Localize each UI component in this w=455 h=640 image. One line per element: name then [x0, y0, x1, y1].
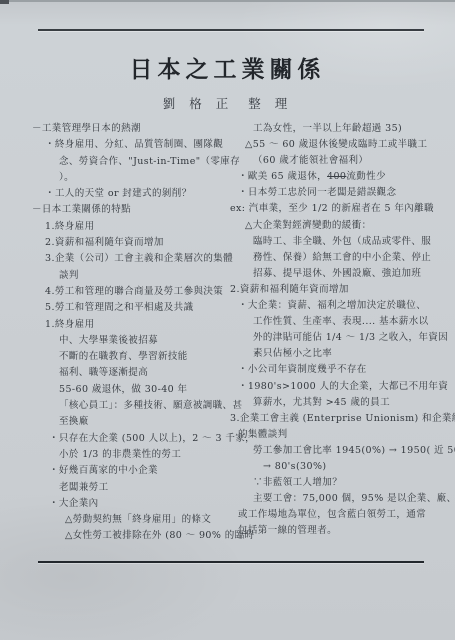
text-line: －工業管理學日本的熱潮 [30, 121, 230, 137]
text-line: 「核心員工」：多種技術、願意被調職、甚 [30, 398, 230, 414]
text-line: ）。 [30, 170, 230, 186]
text-line: 中、大學畢業後被招募 [30, 333, 230, 349]
text-line: 念、勞資合作、"Just-in-Time"（零庫存 [30, 154, 230, 170]
text-line: （60 歲才能領社會福利） [230, 153, 430, 169]
scanned-document-page: 日本之工業關係 劉 格 正整 理 －工業管理學日本的熱潮 ・終身雇用、分紅、品質… [0, 0, 455, 640]
text-line: 外的津貼可能佔 1/4 ～ 1/3 之收入，年資因 [230, 330, 430, 346]
author-label: 整 理 [248, 96, 292, 111]
text-line: ex: 汽車業，至少 1/2 的新雇者在 5 年內離職 [230, 201, 430, 217]
struck-out-text: 400 [327, 171, 346, 182]
text-line: 小於 1/3 的非農業性的勞工 [30, 447, 230, 463]
text-line: 3.企業（公司）工會主義和企業層次的集體 [30, 251, 230, 267]
text-line: －日本工業關係的特點 [30, 202, 230, 218]
text-line: ・大企業內 [30, 496, 230, 512]
text-line: 務性、保養）給無工會的中小企業、停止 [230, 250, 430, 266]
text-line: ・終身雇用、分紅、品質管制圈、團隊觀 [30, 137, 230, 153]
scan-top-edge [0, 0, 455, 2]
text-line: → 80's(30%) [230, 459, 430, 475]
text-line: 談判 [30, 268, 230, 284]
strike-after: 流動性少 [346, 171, 386, 182]
strike-before: ・歐美 65 歲退休， [238, 171, 327, 182]
text-line: 或工作場地為單位，包含藍白領勞工，通常 [230, 507, 430, 523]
text-line: 素只佔極小之比率 [230, 346, 430, 362]
text-line: 1.終身雇用 [30, 317, 230, 333]
scan-corner-mark [0, 0, 9, 4]
text-line: 不斷的在職教育、學習新技能 [30, 349, 230, 365]
text-line: 招募、提早退休、外國設廠、強迫加班 [230, 266, 430, 282]
text-line: ∵非藍領工人增加？ [230, 475, 430, 491]
text-line: △55 ～ 60 歲退休後變成臨時工或半職工 [230, 137, 430, 153]
text-line: 1.終身雇用 [30, 219, 230, 235]
text-line: 55-60 歲退休，做 30-40 年 [30, 382, 230, 398]
body-columns: －工業管理學日本的熱潮 ・終身雇用、分紅、品質管制圈、團隊觀 念、勞資合作、"J… [30, 121, 430, 545]
text-line: 工作性質、生產率、表現.... 基本薪水以 [230, 314, 430, 330]
text-line: △女性勞工被排除在外 (80 ～ 90% 的臨時 [30, 528, 230, 544]
text-line: △勞動契約無「終身雇用」的條文 [30, 512, 230, 528]
text-line: ・好幾百萬家的中小企業 [30, 463, 230, 479]
author-name: 劉 格 正 [163, 96, 233, 111]
left-column: －工業管理學日本的熱潮 ・終身雇用、分紅、品質管制圈、團隊觀 念、勞資合作、"J… [30, 121, 230, 545]
text-line: 主要工會：75,000 個，95% 是以企業、廠、 [230, 491, 430, 507]
text-line: △大企業對經濟變動的緩衝： [230, 218, 430, 234]
text-line: 老闆兼勞工 [30, 480, 230, 496]
header-rule [38, 29, 424, 31]
text-line: 勞工參加工會比率 1945(0%) → 1950( 近 50%) [230, 443, 430, 459]
text-line: 算薪水，尤其對 >45 歲的員工 [230, 395, 430, 411]
text-line: ・1980's>1000 人的大企業，大都已不用年資 [230, 379, 430, 395]
text-line: 4.勞工和管理的聯合商量及勞工參與決策 [30, 284, 230, 300]
text-line: 臨時工、非全職、外包（成品或零件、服 [230, 234, 430, 250]
text-line-with-strikethrough: ・歐美 65 歲退休，400流動性少 [230, 169, 430, 185]
text-line: ・工人的天堂 or 封建式的剝削？ [30, 186, 230, 202]
text-line: 2.資薪和福利隨年資而增加 [30, 235, 230, 251]
author-line: 劉 格 正整 理 [0, 94, 455, 112]
text-line: ・大企業：資薪、福利之增加決定於職位、 [230, 298, 430, 314]
text-line: 2.資薪和福利隨年資而增加 [230, 282, 430, 298]
text-line: 福利、職等逐漸提高 [30, 365, 230, 381]
text-line: 至換廠 [30, 414, 230, 430]
text-line: 工為女性，一半以上年齡超過 35) [230, 121, 430, 137]
text-line: 3.企業工會主義 (Enterprise Unionism) 和企業級 [230, 411, 430, 427]
text-line: 5.勞工和管理間之和平相處及共識 [30, 300, 230, 316]
document-title: 日本之工業關係 [0, 51, 455, 84]
text-line: ・日本勞工忠於同一老闆是錯誤觀念 [230, 185, 430, 201]
text-line: ・小公司年資制度幾乎不存在 [230, 362, 430, 378]
footer-rule [38, 561, 424, 563]
right-column: 工為女性，一半以上年齡超過 35) △55 ～ 60 歲退休後變成臨時工或半職工… [230, 121, 430, 545]
text-line: ・只存在大企業 (500 人以上)，2 ～ 3 千家， [30, 431, 230, 447]
text-line: 包括第一線的管理者。 [230, 523, 430, 539]
text-line: 的集體談判 [230, 427, 430, 443]
